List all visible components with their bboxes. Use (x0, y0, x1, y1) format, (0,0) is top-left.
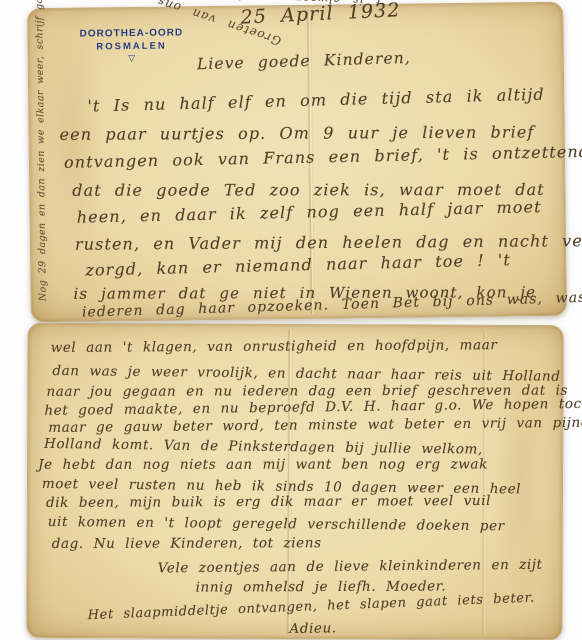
handwriting-line: Vele zoentjes aan de lieve kleinkinderen… (158, 557, 543, 577)
letterhead-place: ROSMALEN (73, 40, 191, 52)
handwriting-line: dag. Nu lieve Kinderen, tot ziens (52, 535, 322, 552)
letterhead: DOROTHEA-OORD ROSMALEN ▽ (72, 27, 190, 62)
handwriting-line: zorgd, kan er niemand naar haar toe ! 't (85, 250, 511, 279)
margin-note: Nog 29 dagen en dan zien we elkaar weer,… (33, 0, 48, 301)
handwriting-line: Holland komt. Van de Pinksterdagen bij j… (44, 436, 483, 458)
handwriting-line: dan was je weer vroolijk, en dacht naar … (52, 363, 560, 385)
handwriting-line: maar ge gauw beter word, ten minste wat … (48, 415, 582, 436)
handwriting-line: Je hebt dan nog niets aan mij want ben n… (38, 456, 488, 472)
letter-page-1: DOROTHEA-OORD ROSMALEN ▽ 25 April 1932 '… (27, 2, 567, 323)
handwriting-line: innig omhelsd je liefh. Moeder. (196, 578, 447, 595)
handwriting-line: dik been, mijn buik is erg dik maar er m… (46, 493, 491, 511)
letter-page-2: wel aan 't klagen, van onrustigheid en h… (26, 323, 563, 640)
handwriting-line: wel aan 't klagen, van onrustigheid en h… (51, 337, 498, 356)
handwriting-line: 't Is nu half elf en om die tijd sta ik … (87, 85, 545, 116)
salutation: Lieve goede Kinderen, (197, 49, 411, 73)
handwriting-line: Het slaapmiddeltje ontvangen, het slapen… (87, 591, 535, 624)
handwriting-line: heen, en daar ik zelf nog een half jaar … (77, 197, 542, 227)
handwriting-line: ontvangen ook van Frans een brief, 't is… (64, 142, 582, 172)
triangle-emblem-icon: ▽ (73, 53, 191, 62)
letterhead-name: DOROTHEA-OORD (72, 27, 190, 39)
handwriting-line: dat die goede Ted zoo ziek is, waar moet… (72, 180, 545, 200)
handwriting-line: een paar uurtjes op. Om 9 uur je lieven … (60, 122, 535, 143)
closing-adieu: Adieu. (289, 620, 337, 637)
handwriting-line: uit komen en 't loopt geregeld verschill… (48, 514, 505, 534)
